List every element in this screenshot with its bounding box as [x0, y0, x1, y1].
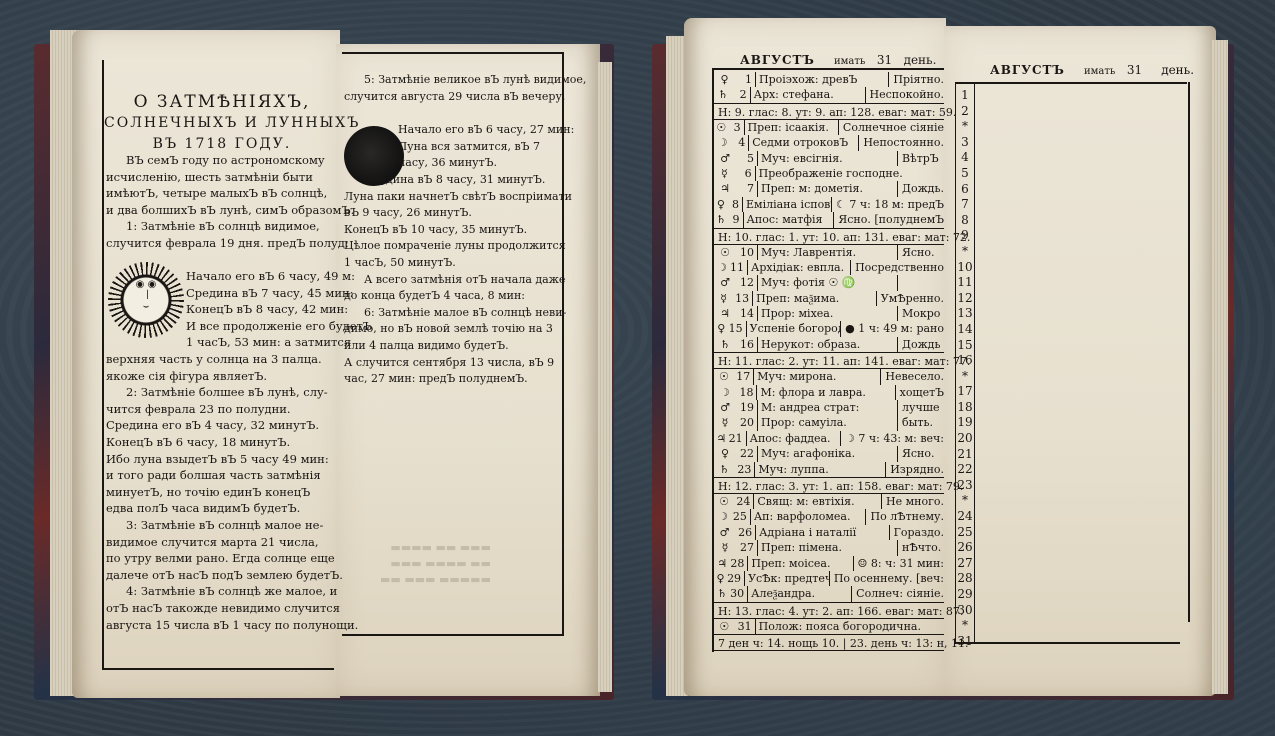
day-number: 6: [735, 166, 756, 181]
day-number: 18: [736, 385, 758, 400]
weather-note: [898, 275, 902, 290]
saint-name: Проіэхож: древЪ: [756, 72, 889, 87]
day-number: 17: [734, 369, 754, 384]
calendar-row: ☽25Ап: варфоломеа.По лѢтнему.: [714, 509, 944, 524]
saint-name: Нерукот: образа.: [758, 337, 898, 352]
text-line: Начало его вЪ 6 часу, 27 мин:: [398, 122, 574, 139]
month-name: АВГУСТЪ: [990, 63, 1065, 77]
notes-day-number: 3: [954, 135, 976, 151]
weather-note: УмѢренно.: [877, 291, 944, 306]
header-word: имать: [1084, 66, 1115, 77]
mercury-icon: ☿: [714, 415, 736, 430]
header-word: имать: [834, 56, 865, 67]
notes-day-number: 4: [954, 150, 976, 166]
day-count: 31: [1127, 63, 1142, 77]
eclipse1-tail: верхняя часть у солнца на 3 палца. якоже…: [106, 351, 358, 633]
notes-day-number: 16: [954, 353, 976, 369]
venus-icon: ♀: [714, 571, 727, 586]
calendar-row: ♃7Преп: м: дометія.Дождь.: [714, 181, 944, 196]
moon-icon: ☽: [714, 509, 732, 524]
title-line: СОЛНЕЧНЫХЪ И ЛУННЫХЪ: [104, 113, 340, 134]
text-line: А случится сентября 13 числа, вЪ 9: [344, 355, 572, 372]
saint-name: Преп: пімена.: [758, 540, 898, 555]
calendar-row: ☿6Преображеніе господне.: [714, 166, 944, 181]
calendar-row: ♃28Преп: моісеа.☺ 8: ч: 31 мин:: [714, 556, 944, 571]
notes-header: АВГУСТЪ имать 31 день.: [990, 62, 1194, 81]
week-marker: *: [954, 369, 976, 385]
saint-name: М: флора и лавра.: [757, 385, 895, 400]
left-book-right-edges: [598, 62, 612, 692]
week-marker: *: [954, 119, 976, 135]
sun-icon: ☉: [714, 245, 736, 260]
notes-day-number: 26: [954, 540, 976, 556]
week-summary: Н: 13. глас: 4. ут: 2. ап: 166. еваг: ма…: [714, 602, 944, 619]
text-line: видимое случится марта 21 числа,: [106, 534, 358, 551]
calendar-row: ♂26Адріана і наталіїГораздо.: [714, 525, 944, 540]
saturn-icon: ♄: [714, 337, 736, 352]
text-line: исчисленію, шесть затмѣнiи быти: [106, 169, 354, 186]
jupiter-icon: ♃: [714, 306, 736, 321]
text-line: едва полЪ часа видимЪ будетЪ.: [106, 500, 358, 517]
week-summary: Н: 12. глас: 3. ут: 1. ап: 158. еваг: ма…: [714, 477, 944, 494]
day-number: 1: [735, 72, 756, 87]
text-line: Средина вЪ 8 часу, 31 минутЪ.: [344, 172, 572, 189]
saint-name: Преображеніе господне.: [756, 166, 944, 181]
sun-icon: ☉: [714, 494, 734, 509]
calendar-row: ☉24Свящ: м: евтіхія.Не много.: [714, 494, 944, 509]
day-number: 24: [734, 494, 754, 509]
saint-name: Преп: маѯима.: [753, 291, 877, 306]
calendar-row: ♄9Апос: матфіяЯсно. [полуднемЪ: [714, 212, 944, 227]
weather-note: ☺ 8: ч: 31 мин:: [854, 556, 944, 571]
calendar-row: ♀1Проіэхож: древЪПріятно.: [714, 72, 944, 87]
text-line: и того ради болшая часть затмѣнія: [106, 467, 358, 484]
notes-day-number: 17: [954, 384, 976, 400]
notes-day-number: 10: [954, 260, 976, 276]
calendar-row: ☉31Полож: пояса богородична.: [714, 619, 944, 634]
calendar-row: ♀22Муч: агафоніка.Ясно.: [714, 446, 944, 461]
sun-face-features: ◉ ◉ ∣⌣: [127, 279, 165, 319]
day-number: 5: [736, 151, 758, 166]
saint-name: Полож: пояса богородична.: [756, 619, 944, 634]
day-number: 30: [730, 586, 748, 601]
day-number: 31: [735, 619, 756, 634]
weather-note: Неспокойно.: [866, 87, 945, 102]
day-number: 26: [735, 525, 756, 540]
day-number: 29: [727, 571, 745, 586]
notes-day-number: 29: [954, 587, 976, 603]
sun-icon: ☉: [714, 369, 734, 384]
weather-note: По осеннему. [веч:: [830, 571, 944, 586]
day-number: 4: [731, 135, 749, 150]
saint-name: Муч: агафоніка.: [758, 446, 898, 461]
header-word: день.: [904, 53, 937, 67]
header-word: день.: [1161, 63, 1194, 77]
notes-day-number: 25: [954, 525, 976, 541]
text-line: и два болшихЪ вЪ лунѣ, симЪ образомЪ.: [106, 202, 354, 219]
text-line: 3: Затмѣніе вЪ солнцѣ малое не-: [106, 517, 358, 534]
saint-name: Седми отроковЪ: [749, 135, 859, 150]
calendar-row: ♂19М: андреа страт:лучше: [714, 400, 944, 415]
notes-day-number: 31: [954, 634, 976, 650]
weather-note: Солнечное сіяніе: [839, 120, 944, 135]
calendar-row: ♂12Муч: фотія ☉ ♍: [714, 275, 944, 290]
week-marker: *: [954, 493, 976, 509]
weather-note: лучше: [898, 400, 939, 415]
venus-icon: ♀: [714, 446, 736, 461]
notes-day-number: 20: [954, 431, 976, 447]
calendar-row: ☽11Архідіак: евпла.Посредственно: [714, 260, 944, 275]
text-line: 4: Затмѣніе вЪ солнцѣ же малое, и: [106, 583, 358, 600]
saturn-icon: ♄: [714, 87, 732, 102]
moon-icon: ☽: [714, 135, 731, 150]
text-line: августа 15 числа вЪ 1 часу по полунощи.: [106, 617, 358, 634]
day-number: 10: [736, 245, 758, 260]
notes-day-number: 18: [954, 400, 976, 416]
notes-day-number: 24: [954, 509, 976, 525]
weather-note: Дождь: [898, 337, 940, 352]
notes-right-border: [1188, 82, 1190, 622]
weather-note: По лѢтнему.: [866, 509, 944, 524]
saint-name: Свящ: м: евтіхія.: [754, 494, 882, 509]
text-line: А всего затмѣнія отЪ начала даже: [344, 272, 572, 289]
text-line: Цѣлое помраченіе луны продолжится: [344, 238, 572, 255]
notes-day-numbers: 12*3456789*10111213141516*17181920212223…: [954, 88, 976, 649]
day-number: 13: [733, 291, 753, 306]
month-name: АВГУСТЪ: [740, 53, 815, 67]
saint-name: Еміліана ісповѢд: [743, 197, 832, 212]
calendar-row: ♄23Муч: луппа.Изрядно.: [714, 462, 944, 477]
weather-note: ● 1 ч: 49 м: рано: [841, 321, 944, 336]
eclipse5-heading: 5: Затмѣніе великое вЪ лунѣ видимое, слу…: [344, 72, 586, 105]
day-number: 25: [732, 509, 751, 524]
eclipse5-more: Средина вЪ 8 часу, 31 минутЪ. Луна паки …: [344, 172, 572, 388]
saint-name: Архідіак: евпла.: [748, 260, 851, 275]
text-line: случится феврала 19 дня. предЪ полуд:: [106, 235, 354, 252]
day-number: 12: [736, 275, 758, 290]
day-number: 15: [729, 321, 747, 336]
weather-note: быть.: [898, 415, 933, 430]
day-number: 11: [730, 260, 748, 275]
weather-note: Пріятно.: [889, 72, 944, 87]
text-line: димо, но вЪ новой землѣ точію на 3: [344, 321, 572, 338]
saint-name: М: андреа страт:: [758, 400, 898, 415]
text-line: случится августа 29 числа вЪ вечеру.: [344, 89, 586, 106]
saint-name: Успеніе богород:: [747, 321, 841, 336]
notes-day-number: 21: [954, 447, 976, 463]
calendar-row: ☿20Прор: самуіла.быть.: [714, 415, 944, 430]
venus-icon: ♀: [714, 321, 729, 336]
notes-day-number: 2: [954, 104, 976, 120]
text-line: якоже сія фігура являетЪ.: [106, 368, 358, 385]
calendar-row: ♄30Алеѯандра.Солнеч: сіяніе.: [714, 586, 944, 601]
venus-icon: ♀: [714, 197, 728, 212]
saturn-icon: ♄: [714, 586, 730, 601]
saint-name: Муч: луппа.: [755, 462, 886, 477]
text-line: часу, 36 минутЪ.: [398, 155, 574, 172]
calendar-row: ☉17Муч: мирона.Невесело.: [714, 369, 944, 384]
text-line: Средина его вЪ 4 часу, 32 минутЪ.: [106, 417, 358, 434]
weather-note: Посредственно: [851, 260, 944, 275]
day-number: 2: [732, 87, 751, 102]
day-number: 21: [729, 431, 747, 446]
saint-name: УсѢк: предтечи.: [745, 571, 830, 586]
day-number: 8: [728, 197, 743, 212]
calendar-row: ♃21Апос: фаддеа.☽ 7 ч: 43: м: веч:: [714, 431, 944, 446]
weather-note: Непостоянно.: [859, 135, 944, 150]
saint-name: Муч: фотія ☉ ♍: [758, 275, 898, 290]
saint-name: Преп: моісеа.: [748, 556, 853, 571]
day-number: 19: [736, 400, 758, 415]
calendar-row: ☉10Муч: Лаврентія.Ясно.: [714, 245, 944, 260]
weather-note: ☽ 7 ч: 43: м: веч:: [841, 431, 944, 446]
weather-note: Невесело.: [881, 369, 944, 384]
week-summary: Н: 10. глас: 1. ут: 10. ап: 131. еваг: м…: [714, 228, 944, 245]
saint-name: Апос: фаддеа.: [747, 431, 841, 446]
saint-name: Алеѯандра.: [748, 586, 852, 601]
text-line: чится феврала 23 по полудни.: [106, 401, 358, 418]
notes-day-number: 15: [954, 338, 976, 354]
calendar-row: ♀29УсѢк: предтечи.По осеннему. [веч:: [714, 571, 944, 586]
mercury-icon: ☿: [714, 166, 735, 181]
text-line: 1: Затмѣніе вЪ солнцѣ видимое,: [106, 218, 354, 235]
day-number: 14: [736, 306, 758, 321]
calendar-row: ☿27Преп: пімена.нѢчто.: [714, 540, 944, 555]
day-number: 7: [736, 181, 758, 196]
calendar-row: ♀8Еміліана ісповѢд☾ 7 ч: 18 м: предЪ: [714, 197, 944, 212]
calendar-row: ☽18М: флора и лавра.хощетЪ: [714, 385, 944, 400]
text-line: час, 27 мин: предЪ полуднемЪ.: [344, 371, 572, 388]
text-line: 6: Затмѣніе малое вЪ солнцѣ неви-: [344, 305, 572, 322]
notes-day-number: 12: [954, 291, 976, 307]
saint-name: Ап: варфоломеа.: [751, 509, 867, 524]
title-line: О ЗАТМѢНІЯХЪ,: [104, 92, 340, 113]
saturn-icon: ♄: [714, 212, 728, 227]
weather-note: хощетЪ: [896, 385, 944, 400]
right-book-right-edges: [1212, 40, 1228, 694]
sun-icon: ☉: [714, 619, 735, 634]
text-line: КонецЪ вЪ 6 часу, 18 минутЪ.: [106, 434, 358, 451]
text-line: до конца будетЪ 4 часа, 8 мин:: [344, 288, 572, 305]
text-line: 2: Затмѣніе болшее вЪ лунѣ, слу-: [106, 384, 358, 401]
text-line: минуетЪ, но точію единЪ конецЪ: [106, 484, 358, 501]
weather-note: Ясно.: [898, 245, 935, 260]
text-line: ВЪ семЪ году по астрономскому: [106, 152, 354, 169]
saint-name: Арх: стефана.: [751, 87, 866, 102]
saturn-icon: ♄: [714, 462, 735, 477]
sun-icon: ☉: [714, 120, 729, 135]
calendar-row: ♀15Успеніе богород:● 1 ч: 49 м: рано: [714, 321, 944, 336]
day-number: 3: [729, 120, 745, 135]
weather-note: ☾ 7 ч: 18 м: предЪ: [832, 197, 944, 212]
weather-note: Мокро: [898, 306, 940, 321]
notes-day-number: 23: [954, 478, 976, 494]
calendar-row: ♄2Арх: стефана.Неспокойно.: [714, 87, 944, 102]
text-line: по утру велми рано. Егда солнце еще: [106, 550, 358, 567]
daylight-footer: 7 ден ч: 14. нощь 10. | 23. день ч: 13: …: [714, 634, 944, 651]
notes-bottom-rule: [955, 642, 1180, 644]
calendar-row: ♄16Нерукот: образа.Дождь: [714, 337, 944, 352]
bleed-through-text: ▬▬▬ ▬▬ ▬▬▬▬▬▬ ▬▬▬▬ ▬▬▬▬▬▬▬▬ ▬▬▬ ▬▬: [380, 540, 491, 588]
saint-name: Прор: міхеа.: [758, 306, 898, 321]
notes-day-number: 28: [954, 571, 976, 587]
weather-note: Дождь.: [898, 181, 944, 196]
weather-note: Ясно.: [898, 446, 935, 461]
eclipse5-details: Начало его вЪ 6 часу, 27 мин: Луна вся з…: [398, 122, 574, 172]
moon-icon: ☽: [714, 385, 736, 400]
calendar-row: ☉3Преп: ісаакія.Солнечное сіяніе: [714, 120, 944, 135]
chapter-title: О ЗАТМѢНІЯХЪ, СОЛНЕЧНЫХЪ И ЛУННЫХЪ ВЪ 17…: [104, 92, 340, 155]
weather-note: Ясно. [полуднемЪ: [834, 212, 944, 227]
text-line: Луна вся затмится, вЪ 7: [398, 139, 574, 156]
calendar-row: ♃14Прор: міхеа.Мокро: [714, 306, 944, 321]
sun-face-icon: ◉ ◉ ∣⌣: [108, 262, 184, 338]
notes-day-number: 22: [954, 462, 976, 478]
notes-day-number: 1: [954, 88, 976, 104]
weather-note: Не много.: [882, 494, 944, 509]
day-number: 9: [728, 212, 744, 227]
notes-day-number: 7: [954, 197, 976, 213]
day-number: 16: [736, 337, 758, 352]
intro-paragraph: ВЪ семЪ году по астрономскому исчисленію…: [106, 152, 354, 252]
text-line: вЪ 9 часу, 26 минутЪ.: [344, 205, 572, 222]
saint-name: Муч: евсігнія.: [758, 151, 898, 166]
saint-name: Апос: матфія: [744, 212, 835, 227]
mars-icon: ♂: [714, 275, 736, 290]
saint-name: Муч: мирона.: [754, 369, 881, 384]
notes-day-number: 27: [954, 556, 976, 572]
text-line: или 4 палца видимо будетЪ.: [344, 338, 572, 355]
mars-icon: ♂: [714, 525, 735, 540]
saint-name: Преп: ісаакія.: [745, 120, 839, 135]
text-line: верхняя часть у солнца на 3 палца.: [106, 351, 358, 368]
notes-day-number: 6: [954, 182, 976, 198]
mercury-icon: ☿: [714, 540, 736, 555]
text-line: далече отЪ насЪ подЪ землею будетЪ.: [106, 567, 358, 584]
calendar-row: ☿13Преп: маѯима.УмѢренно.: [714, 291, 944, 306]
notes-day-number: 11: [954, 275, 976, 291]
header-rule: [712, 68, 944, 70]
weather-note: Гораздо.: [890, 525, 944, 540]
notes-day-number: 19: [954, 415, 976, 431]
day-number: 20: [736, 415, 758, 430]
notes-header-rule: [955, 82, 1187, 84]
weather-note: нѢчто.: [898, 540, 941, 555]
text-line: Луна паки начнетЪ свѣтЪ воспріимати: [344, 189, 572, 206]
day-count: 31: [877, 53, 892, 67]
saint-name: Преп: м: дометія.: [758, 181, 898, 196]
mars-icon: ♂: [714, 151, 736, 166]
weather-note: Солнеч: сіяніе.: [852, 586, 944, 601]
text-line: КонецЪ вЪ 10 часу, 35 минутЪ.: [344, 222, 572, 239]
venus-icon: ♀: [714, 72, 735, 87]
day-number: 22: [736, 446, 758, 461]
saint-name: Прор: самуіла.: [758, 415, 898, 430]
week-marker: *: [954, 618, 976, 634]
week-summary: Н: 9. глас: 8. ут: 9. ап: 128. еваг: мат…: [714, 103, 944, 120]
week-summary: Н: 11. глас: 2. ут: 11. ап: 141. еваг: м…: [714, 352, 944, 369]
notes-day-number: 9: [954, 228, 976, 244]
text-line: Ибо луна взыдетЪ вЪ 5 часу 49 мин:: [106, 451, 358, 468]
jupiter-icon: ♃: [714, 431, 729, 446]
text-line: отЪ насЪ такожде невидимо случится: [106, 600, 358, 617]
text-line: 1 часЪ, 50 минутЪ.: [344, 255, 572, 272]
notes-day-number: 13: [954, 306, 976, 322]
jupiter-icon: ♃: [714, 556, 730, 571]
right-book-right-page: [944, 26, 1216, 696]
notes-day-number: 14: [954, 322, 976, 338]
calendar-row: ♂5Муч: евсігнія.ВѣтрЪ: [714, 151, 944, 166]
saint-name: Муч: Лаврентія.: [758, 245, 898, 260]
calendar-table: ♀1Проіэхож: древЪПріятно. ♄2Арх: стефана…: [714, 72, 944, 651]
week-marker: *: [954, 244, 976, 260]
notes-day-number: 30: [954, 603, 976, 619]
text-line: имѣютЪ, четыре малыхЪ вЪ солнцѣ,: [106, 185, 354, 202]
day-number: 23: [735, 462, 756, 477]
text-line: 5: Затмѣніе великое вЪ лунѣ видимое,: [344, 72, 586, 89]
day-number: 27: [736, 540, 758, 555]
weather-note: Изрядно.: [886, 462, 944, 477]
notes-day-number: 5: [954, 166, 976, 182]
saint-name: Адріана і наталії: [756, 525, 890, 540]
mercury-icon: ☿: [714, 291, 733, 306]
calendar-row: ☽4Седми отроковЪНепостоянно.: [714, 135, 944, 150]
weather-note: ВѣтрЪ: [898, 151, 939, 166]
day-number: 28: [730, 556, 748, 571]
jupiter-icon: ♃: [714, 181, 736, 196]
moon-icon: ☽: [714, 260, 730, 275]
mars-icon: ♂: [714, 400, 736, 415]
notes-day-number: 8: [954, 213, 976, 229]
